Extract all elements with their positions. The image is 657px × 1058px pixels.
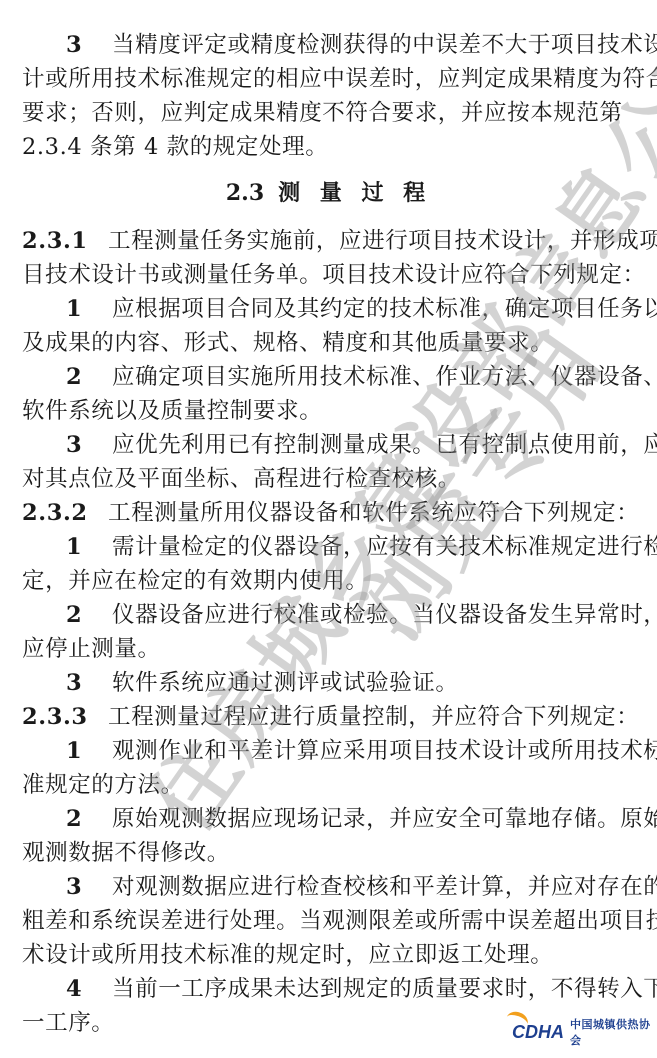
- list-item: 3应优先利用已有控制测量成果。已有控制点使用前，应: [22, 430, 637, 460]
- list-item-line: 应停止测量。: [22, 634, 637, 664]
- section-title-text: 测 量 过 程: [278, 180, 431, 206]
- list-item-line: 定，并应在检定的有效期内使用。: [22, 566, 637, 596]
- organization-name: 中国城镇供热协会: [570, 1016, 657, 1048]
- document-page: 3当精度评定或精度检测获得的中误差不大于项目技术设 计或所用技术标准规定的相应中…: [0, 0, 657, 1058]
- list-item: 2原始观测数据应现场记录，并应安全可靠地存储。原始: [22, 804, 637, 834]
- clause-number: 2.3.1: [22, 226, 108, 256]
- clause-number: 2.3.3: [22, 702, 108, 732]
- list-item-line: 及成果的内容、形式、规格、精度和其他质量要求。: [22, 328, 637, 358]
- clause-line: 目技术设计书或测量任务单。项目技术设计应符合下列规定：: [22, 260, 637, 290]
- section-number: 2.3: [226, 180, 264, 206]
- list-item-line: 术设计或所用技术标准的规定时，应立即返工处理。: [22, 940, 637, 970]
- clause-2-3-3: 2.3.3工程测量过程应进行质量控制，并应符合下列规定：: [22, 702, 637, 732]
- list-item: 1应根据项目合同及其约定的技术标准，确定项目任务以: [22, 294, 637, 324]
- intro-item-line: 计或所用技术标准规定的相应中误差时，应判定成果精度为符合: [22, 64, 637, 94]
- intro-item-line: 2.3.4 条第 4 款的规定处理。: [22, 132, 637, 162]
- list-item: 1观测作业和平差计算应采用项目技术设计或所用技术标: [22, 736, 637, 766]
- list-item-line: 粗差和系统误差进行处理。当观测限差或所需中误差超出项目技: [22, 906, 637, 936]
- logo-mark: CDHA: [508, 1022, 564, 1043]
- clause-2-3-2: 2.3.2工程测量所用仪器设备和软件系统应符合下列规定：: [22, 498, 637, 528]
- list-item-line: 准规定的方法。: [22, 770, 637, 800]
- list-item-line: 观测数据不得修改。: [22, 838, 637, 868]
- list-item: 2仪器设备应进行校准或检验。当仪器设备发生异常时，: [22, 600, 637, 630]
- clause-2-3-1: 2.3.1工程测量任务实施前，应进行项目技术设计，并形成项: [22, 226, 637, 256]
- clause-number: 2.3.2: [22, 498, 108, 528]
- list-item: 4当前一工序成果未达到规定的质量要求时，不得转入下: [22, 974, 637, 1004]
- list-item: 3软件系统应通过测评或试验验证。: [22, 668, 637, 698]
- section-title: 2.3测 量 过 程: [0, 176, 657, 207]
- list-item-line: 软件系统以及质量控制要求。: [22, 396, 637, 426]
- intro-item-line: 要求；否则，应判定成果精度不符合要求，并应按本规范第: [22, 98, 637, 128]
- intro-item-line: 3当精度评定或精度检测获得的中误差不大于项目技术设: [22, 30, 637, 60]
- list-item: 1需计量检定的仪器设备，应按有关技术标准规定进行检: [22, 532, 637, 562]
- item-number: 3: [66, 30, 112, 60]
- list-item-line: 对其点位及平面坐标、高程进行检查校核。: [22, 464, 637, 494]
- list-item: 3对观测数据应进行检查校核和平差计算，并应对存在的: [22, 872, 637, 902]
- list-item: 2应确定项目实施所用技术标准、作业方法、仪器设备、: [22, 362, 637, 392]
- cdha-logo: CDHA 中国城镇供热协会: [508, 1017, 657, 1047]
